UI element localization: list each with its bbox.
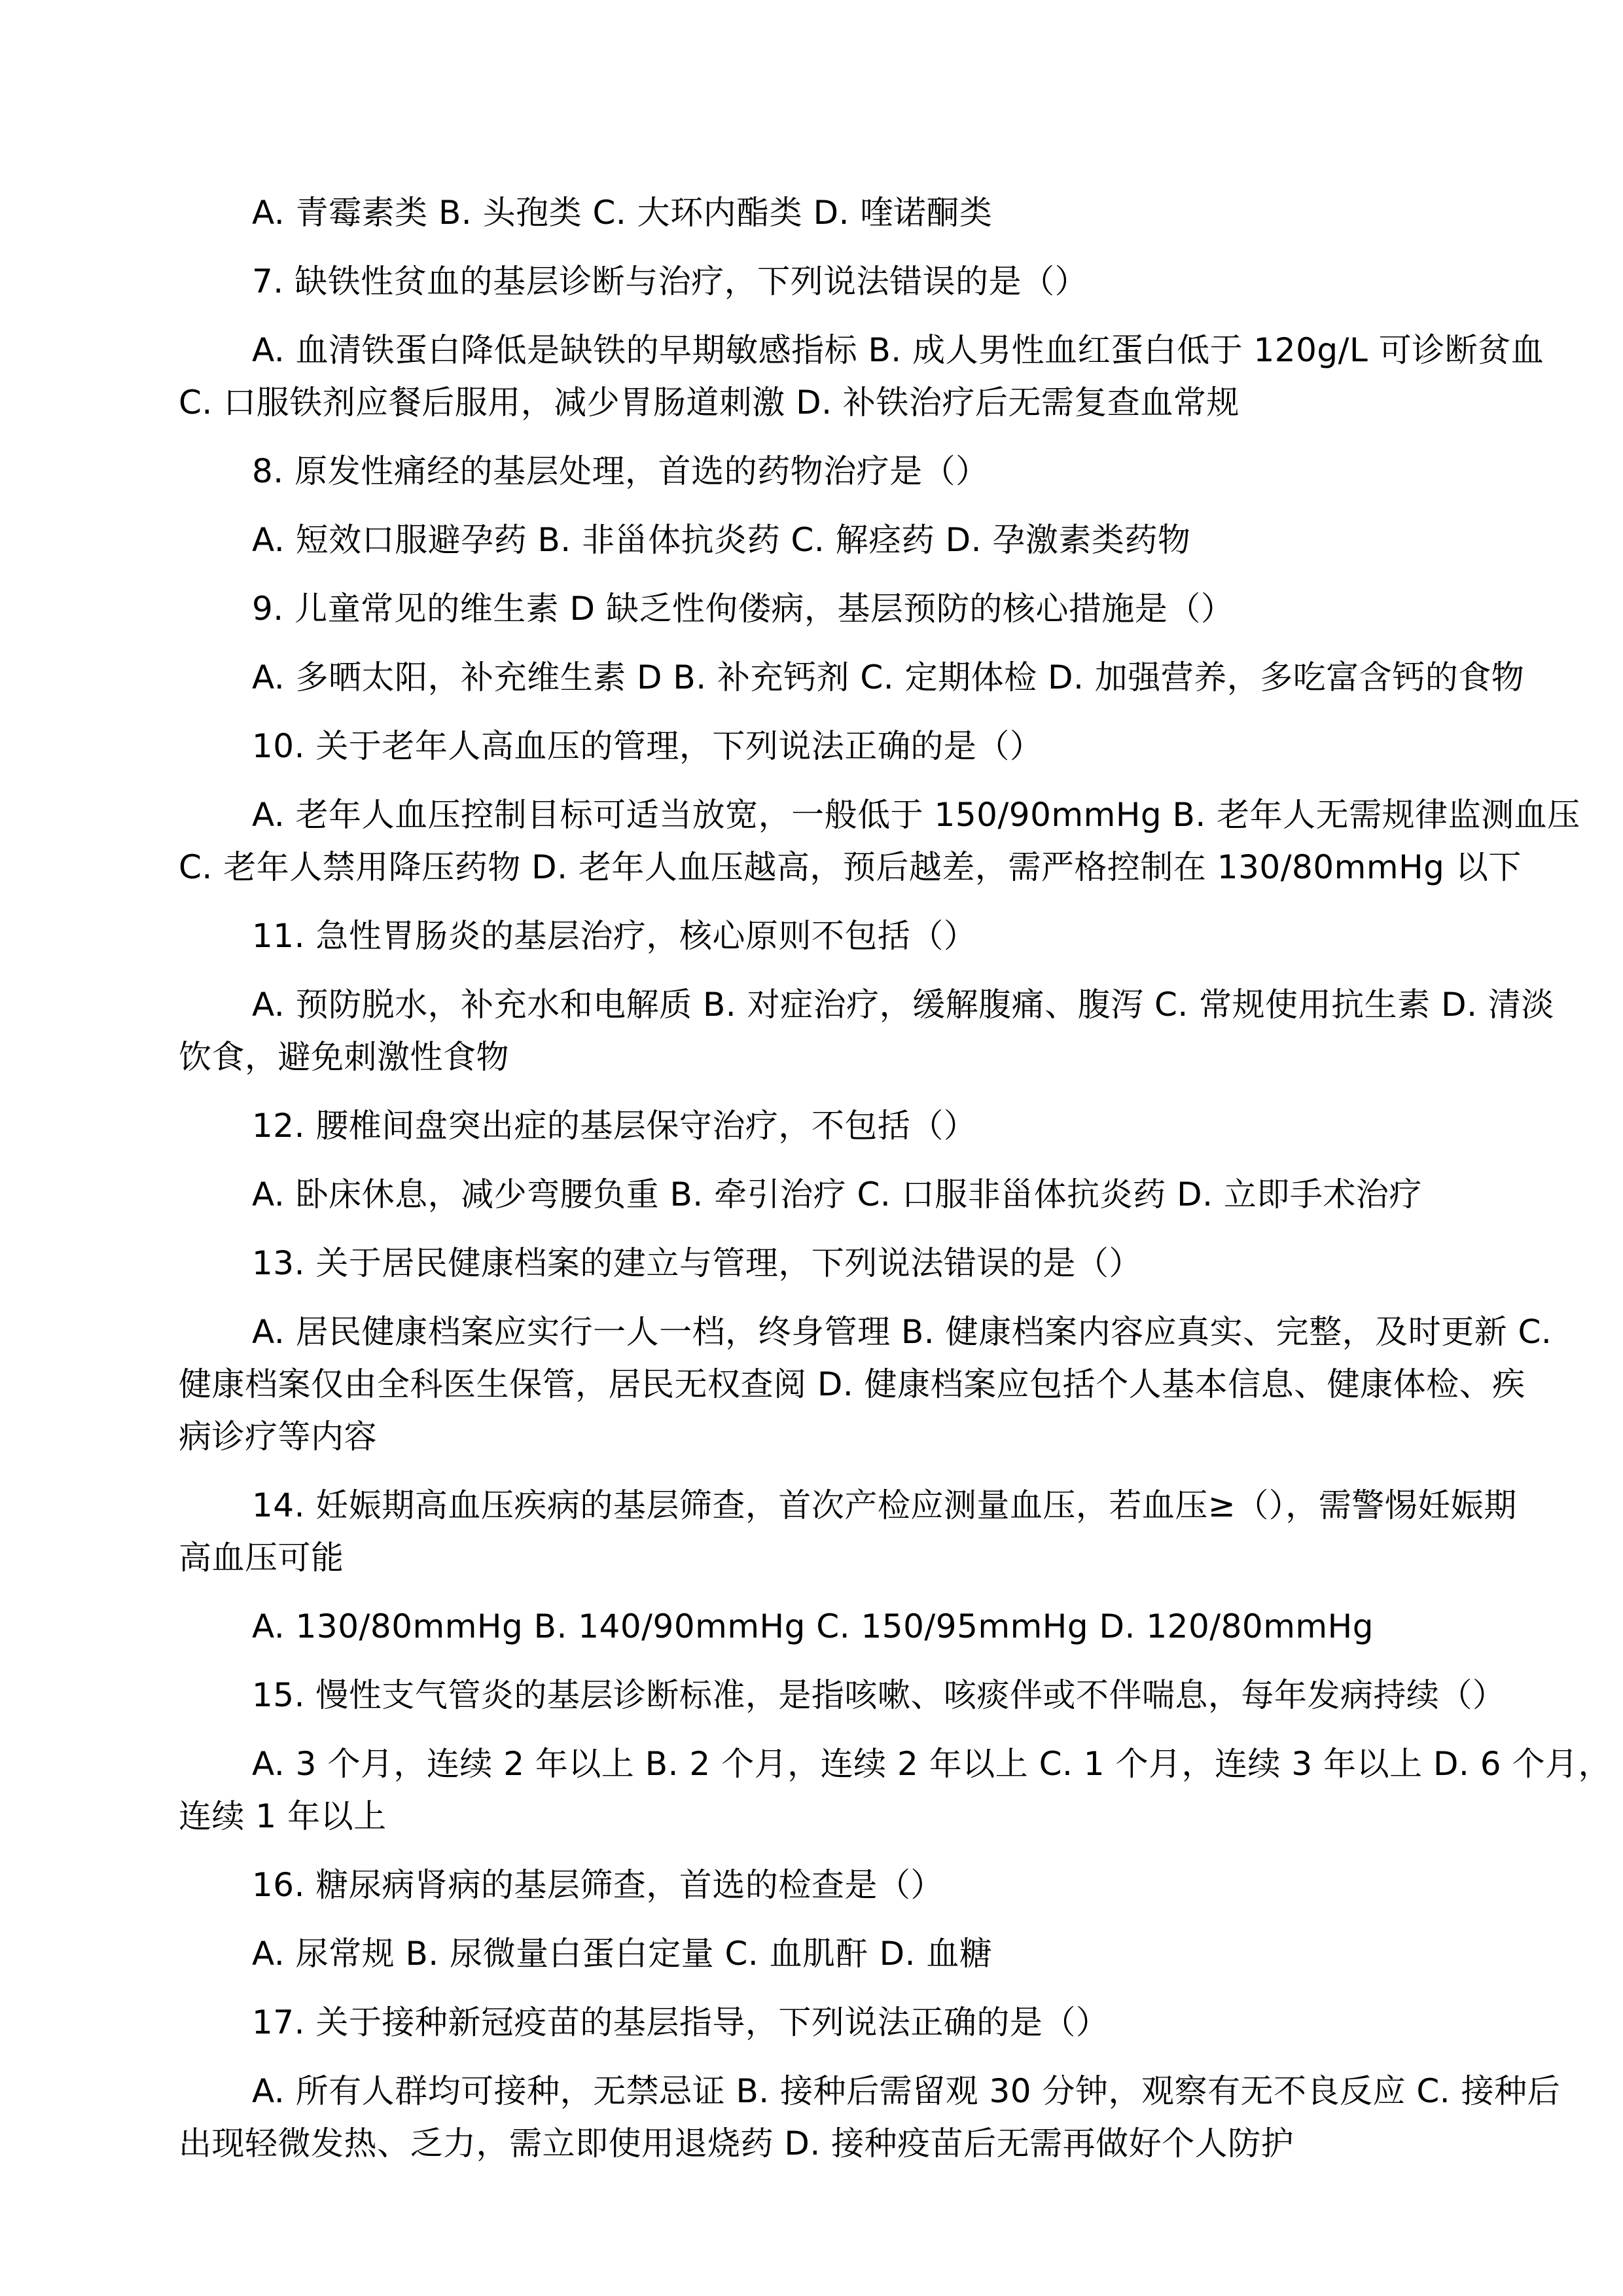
options-paragraph: A. 血清铁蛋白降低是缺铁的早期敏感指标 B. 成人男性血红蛋白低于 120g/… [179,324,1446,429]
options-line: 病诊疗等内容 [179,1410,1446,1463]
options-paragraph: A. 短效口服避孕药 B. 非甾体抗炎药 C. 解痉药 D. 孕激素类药物 [179,514,1446,566]
question-line: 12. 腰椎间盘突出症的基层保守治疗，不包括（） [179,1100,1446,1152]
options-line: 出现轻微发热、乏力，需立即使用退烧药 D. 接种疫苗后无需再做好个人防护 [179,2117,1446,2170]
options-paragraph: A. 多晒太阳，补充维生素 D B. 补充钙剂 C. 定期体检 D. 加强营养，… [179,651,1446,704]
question-paragraph: 7. 缺铁性贫血的基层诊断与治疗，下列说法错误的是（） [179,255,1446,308]
options-line: A. 血清铁蛋白降低是缺铁的早期敏感指标 B. 成人男性血红蛋白低于 120g/… [179,324,1446,376]
options-line: A. 老年人血压控制目标可适当放宽，一般低于 150/90mmHg B. 老年人… [179,789,1446,841]
options-paragraph: A. 130/80mmHg B. 140/90mmHg C. 150/95mmH… [179,1600,1446,1653]
options-line: C. 老年人禁用降压药物 D. 老年人血压越高，预后越差，需严格控制在 130/… [179,841,1446,893]
options-paragraph: A. 老年人血压控制目标可适当放宽，一般低于 150/90mmHg B. 老年人… [179,789,1446,893]
options-line: 饮食，避免刺激性食物 [179,1031,1446,1083]
options-line: A. 多晒太阳，补充维生素 D B. 补充钙剂 C. 定期体检 D. 加强营养，… [179,651,1446,704]
options-paragraph: A. 卧床休息，减少弯腰负重 B. 牵引治疗 C. 口服非甾体抗炎药 D. 立即… [179,1168,1446,1221]
question-line: 16. 糖尿病肾病的基层筛查，首选的检查是（） [179,1859,1446,1911]
options-line: 连续 1 年以上 [179,1790,1446,1842]
options-line: A. 居民健康档案应实行一人一档，终身管理 B. 健康档案内容应真实、完整，及时… [179,1306,1446,1358]
question-paragraph: 13. 关于居民健康档案的建立与管理，下列说法错误的是（） [179,1237,1446,1289]
options-line: 健康档案仅由全科医生保管，居民无权查阅 D. 健康档案应包括个人基本信息、健康体… [179,1358,1446,1410]
options-line: A. 卧床休息，减少弯腰负重 B. 牵引治疗 C. 口服非甾体抗炎药 D. 立即… [179,1168,1446,1221]
question-line: 高血压可能 [179,1532,1446,1584]
options-paragraph: A. 3 个月，连续 2 年以上 B. 2 个月，连续 2 年以上 C. 1 个… [179,1738,1446,1842]
question-paragraph: 8. 原发性痛经的基层处理，首选的药物治疗是（） [179,445,1446,497]
options-line: A. 130/80mmHg B. 140/90mmHg C. 150/95mmH… [179,1600,1446,1653]
question-paragraph: 15. 慢性支气管炎的基层诊断标准，是指咳嗽、咳痰伴或不伴喘息，每年发病持续（） [179,1669,1446,1721]
question-line: 10. 关于老年人高血压的管理，下列说法正确的是（） [179,720,1446,772]
question-paragraph: 10. 关于老年人高血压的管理，下列说法正确的是（） [179,720,1446,772]
question-paragraph: 11. 急性胃肠炎的基层治疗，核心原则不包括（） [179,910,1446,962]
question-line: 8. 原发性痛经的基层处理，首选的药物治疗是（） [179,445,1446,497]
question-paragraph: 9. 儿童常见的维生素 D 缺乏性佝偻病，基层预防的核心措施是（） [179,583,1446,635]
options-line: A. 尿常规 B. 尿微量白蛋白定量 C. 血肌酐 D. 血糖 [179,1928,1446,1980]
options-line: A. 3 个月，连续 2 年以上 B. 2 个月，连续 2 年以上 C. 1 个… [179,1738,1446,1790]
options-line: C. 口服铁剂应餐后服用，减少胃肠道刺激 D. 补铁治疗后无需复查血常规 [179,376,1446,429]
question-line: 11. 急性胃肠炎的基层治疗，核心原则不包括（） [179,910,1446,962]
question-line: 15. 慢性支气管炎的基层诊断标准，是指咳嗽、咳痰伴或不伴喘息，每年发病持续（） [179,1669,1446,1721]
options-line: A. 短效口服避孕药 B. 非甾体抗炎药 C. 解痉药 D. 孕激素类药物 [179,514,1446,566]
question-paragraph: 12. 腰椎间盘突出症的基层保守治疗，不包括（） [179,1100,1446,1152]
question-line: 13. 关于居民健康档案的建立与管理，下列说法错误的是（） [179,1237,1446,1289]
document-page: A. 青霉素类 B. 头孢类 C. 大环内酯类 D. 喹诺酮类 7. 缺铁性贫血… [0,0,1623,2296]
options-paragraph: A. 尿常规 B. 尿微量白蛋白定量 C. 血肌酐 D. 血糖 [179,1928,1446,1980]
options-line: A. 所有人群均可接种，无禁忌证 B. 接种后需留观 30 分钟，观察有无不良反… [179,2065,1446,2117]
question-paragraph: 16. 糖尿病肾病的基层筛查，首选的检查是（） [179,1859,1446,1911]
question-paragraph: 17. 关于接种新冠疫苗的基层指导，下列说法正确的是（） [179,1996,1446,2049]
question-line: 17. 关于接种新冠疫苗的基层指导，下列说法正确的是（） [179,1996,1446,2049]
question-line: 14. 妊娠期高血压疾病的基层筛查，首次产检应测量血压，若血压≥（），需警惕妊娠… [179,1479,1446,1532]
options-paragraph: A. 青霉素类 B. 头孢类 C. 大环内酯类 D. 喹诺酮类 [179,187,1446,239]
options-paragraph: A. 预防脱水，补充水和电解质 B. 对症治疗，缓解腹痛、腹泻 C. 常规使用抗… [179,978,1446,1083]
options-paragraph: A. 所有人群均可接种，无禁忌证 B. 接种后需留观 30 分钟，观察有无不良反… [179,2065,1446,2170]
question-line: 7. 缺铁性贫血的基层诊断与治疗，下列说法错误的是（） [179,255,1446,308]
options-paragraph: A. 居民健康档案应实行一人一档，终身管理 B. 健康档案内容应真实、完整，及时… [179,1306,1446,1463]
options-line: A. 预防脱水，补充水和电解质 B. 对症治疗，缓解腹痛、腹泻 C. 常规使用抗… [179,978,1446,1031]
options-line: A. 青霉素类 B. 头孢类 C. 大环内酯类 D. 喹诺酮类 [179,187,1446,239]
question-line: 9. 儿童常见的维生素 D 缺乏性佝偻病，基层预防的核心措施是（） [179,583,1446,635]
question-paragraph: 14. 妊娠期高血压疾病的基层筛查，首次产检应测量血压，若血压≥（），需警惕妊娠… [179,1479,1446,1584]
